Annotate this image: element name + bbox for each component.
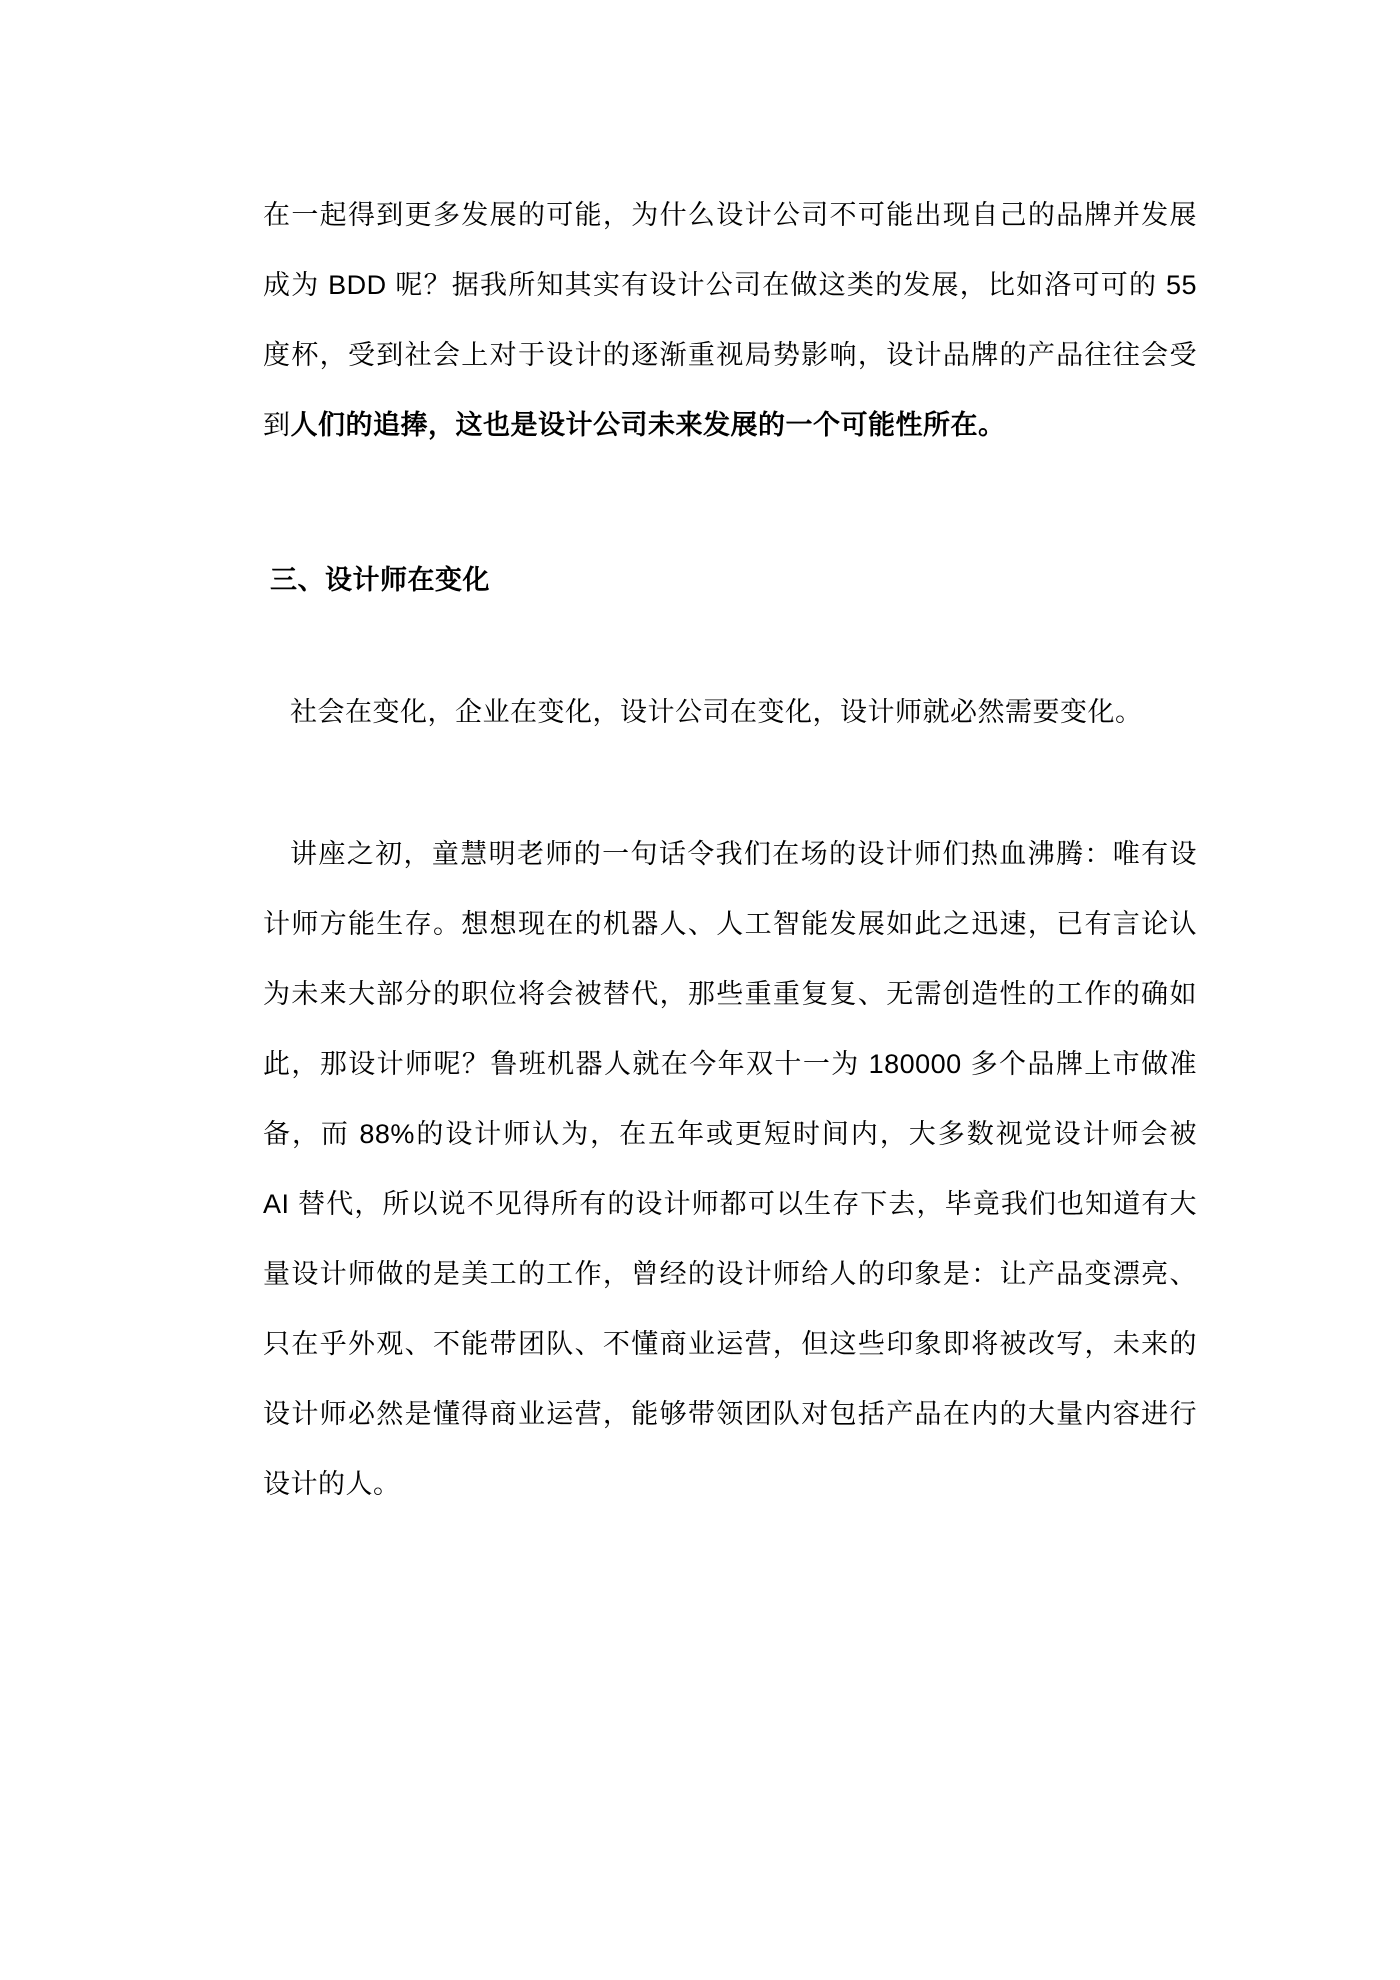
body-line: 设计的人。 <box>263 1449 1197 1519</box>
body-line: 计师方能生存。想想现在的机器人、人工智能发展如此之迅速，已有言论认 <box>263 889 1197 959</box>
body-line: 社会在变化，企业在变化，设计公司在变化，设计师就必然需要变化。 <box>263 677 1197 747</box>
body-line: 设计师必然是懂得商业运营，能够带领团队对包括产品在内的大量内容进行 <box>263 1379 1197 1449</box>
body-line: 讲座之初，童慧明老师的一句话令我们在场的设计师们热血沸腾：唯有设 <box>263 819 1197 889</box>
body-line: AI 替代，所以说不见得所有的设计师都可以生存下去，毕竟我们也知道有大 <box>263 1169 1197 1239</box>
body-text: 到 <box>263 410 291 440</box>
body-line: 只在乎外观、不能带团队、不懂商业运营，但这些印象即将被改写，未来的 <box>263 1309 1197 1379</box>
body-line: 到人们的追捧，这也是设计公司未来发展的一个可能性所在。 <box>263 390 1197 460</box>
body-line: 度杯，受到社会上对于设计的逐渐重视局势影响，设计品牌的产品往往会受 <box>263 320 1197 390</box>
paragraph-continuation: 在一起得到更多发展的可能，为什么设计公司不可能出现自己的品牌并发展 成为 BDD… <box>263 180 1197 460</box>
paragraph: 社会在变化，企业在变化，设计公司在变化，设计师就必然需要变化。 <box>263 677 1197 747</box>
bold-emphasis-text: 人们的追捧，这也是设计公司未来发展的一个可能性所在。 <box>291 410 1006 440</box>
body-line: 在一起得到更多发展的可能，为什么设计公司不可能出现自己的品牌并发展 <box>263 180 1197 250</box>
body-line: 此，那设计师呢？鲁班机器人就在今年双十一为 180000 多个品牌上市做准 <box>263 1029 1197 1099</box>
body-line: 备，而 88%的设计师认为，在五年或更短时间内，大多数视觉设计师会被 <box>263 1099 1197 1169</box>
document-page: 在一起得到更多发展的可能，为什么设计公司不可能出现自己的品牌并发展 成为 BDD… <box>0 0 1400 1980</box>
section-heading: 三、设计师在变化 <box>263 545 1197 615</box>
body-line: 成为 BDD 呢？据我所知其实有设计公司在做这类的发展，比如洛可可的 55 <box>263 250 1197 320</box>
text-block: 在一起得到更多发展的可能，为什么设计公司不可能出现自己的品牌并发展 成为 BDD… <box>263 180 1197 1519</box>
body-line: 为未来大部分的职位将会被替代，那些重重复复、无需创造性的工作的确如 <box>263 959 1197 1029</box>
body-line: 量设计师做的是美工的工作，曾经的设计师给人的印象是：让产品变漂亮、 <box>263 1239 1197 1309</box>
paragraph: 讲座之初，童慧明老师的一句话令我们在场的设计师们热血沸腾：唯有设 计师方能生存。… <box>263 819 1197 1519</box>
